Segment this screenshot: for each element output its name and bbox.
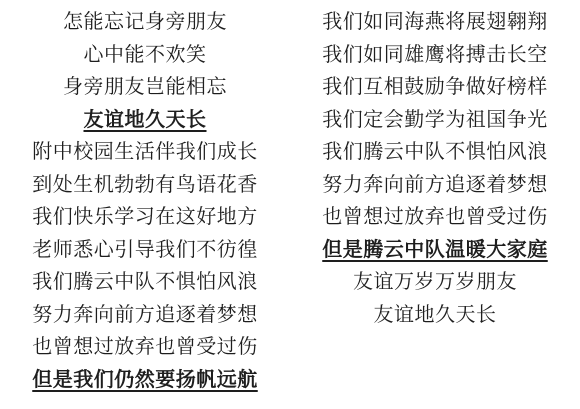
lyric-line: 附中校园生活伴我们成长	[0, 136, 290, 169]
lyric-line-emphasized: 但是腾云中队温暖大家庭	[290, 234, 580, 267]
lyric-line: 也曾想过放弃也曾受过伤	[290, 201, 580, 234]
lyric-line: 身旁朋友岂能相忘	[0, 71, 290, 104]
lyric-line: 我们定会勤学为祖国争光	[290, 104, 580, 137]
lyric-line: 我们快乐学习在这好地方	[0, 201, 290, 234]
lyric-line: 我们如同雄鹰将搏击长空	[290, 39, 580, 72]
lyric-line: 友谊地久天长	[290, 299, 580, 332]
lyric-line: 我们如同海燕将展翅翱翔	[290, 6, 580, 39]
lyric-line: 怎能忘记身旁朋友	[0, 6, 290, 39]
lyric-line: 我们腾云中队不惧怕风浪	[0, 266, 290, 299]
lyric-line: 努力奔向前方追逐着梦想	[290, 169, 580, 202]
lyrics-column-left: 怎能忘记身旁朋友 心中能不欢笑 身旁朋友岂能相忘 友谊地久天长 附中校园生活伴我…	[0, 6, 290, 396]
lyrics-page: 怎能忘记身旁朋友 心中能不欢笑 身旁朋友岂能相忘 友谊地久天长 附中校园生活伴我…	[0, 0, 580, 396]
lyrics-column-right: 我们如同海燕将展翅翱翔 我们如同雄鹰将搏击长空 我们互相鼓励争做好榜样 我们定会…	[290, 6, 580, 396]
lyric-line-emphasized: 但是我们仍然要扬帆远航	[0, 364, 290, 397]
lyric-line: 心中能不欢笑	[0, 39, 290, 72]
lyric-line-emphasized: 友谊地久天长	[0, 104, 290, 137]
lyric-line: 我们互相鼓励争做好榜样	[290, 71, 580, 104]
lyric-line: 友谊万岁万岁朋友	[290, 266, 580, 299]
lyric-line: 努力奔向前方追逐着梦想	[0, 299, 290, 332]
lyric-line: 老师悉心引导我们不彷徨	[0, 234, 290, 267]
lyric-line: 我们腾云中队不惧怕风浪	[290, 136, 580, 169]
lyric-line: 到处生机勃勃有鸟语花香	[0, 169, 290, 202]
lyric-line: 也曾想过放弃也曾受过伤	[0, 331, 290, 364]
